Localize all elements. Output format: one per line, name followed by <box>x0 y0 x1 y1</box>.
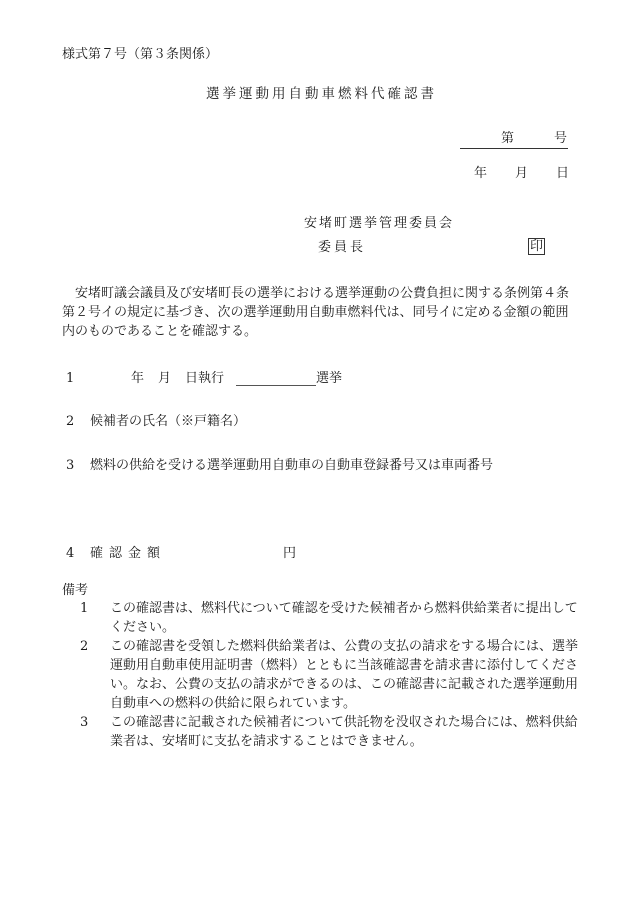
issuer-committee: 安堵町選挙管理委員会 <box>304 216 454 232</box>
document-title: 選挙運動用自動車燃料代確認書 <box>206 86 437 102</box>
number-dai: 第 <box>501 131 514 147</box>
issuer-chair: 委員長 <box>318 240 366 256</box>
note-text: この確認書に記載された候補者について供託物を没収された場合には、燃料供給業者は、… <box>110 713 578 751</box>
note-text: この確認書を受領した燃料供給業者は、公費の支払の請求をする場合には、選挙運動用自… <box>110 637 578 713</box>
item-1-month: 月 <box>158 371 171 387</box>
body-paragraph: 安堵町議会議員及び安堵町長の選挙における選挙運動の公費負担に関する条例第４条第２… <box>62 284 574 341</box>
note-item: 3 この確認書に記載された候補者について供託物を没収された場合には、燃料供給業者… <box>62 713 582 751</box>
note-item: 1 この確認書は、燃料代について確認を受けた候補者から燃料供給業者に提出してくだ… <box>62 599 582 637</box>
item-1: 1 <box>66 371 74 387</box>
item-1-election-blank[interactable] <box>236 371 316 386</box>
item-1-day-exec: 日執行 <box>185 371 224 387</box>
item-4-unit: 円 <box>283 546 296 562</box>
item-1-election-label: 選挙 <box>316 371 342 387</box>
remarks-heading: 備考 <box>62 583 88 599</box>
number-line: 第 号 <box>460 131 568 149</box>
remarks-notes: 1 この確認書は、燃料代について確認を受けた候補者から燃料供給業者に提出してくだ… <box>62 599 582 751</box>
note-num: 2 <box>62 637 110 713</box>
date-day: 日 <box>556 166 569 182</box>
item-1-num: 1 <box>66 371 74 386</box>
form-label: 様式第７号（第３条関係） <box>62 47 218 63</box>
number-go: 号 <box>554 131 567 147</box>
item-2-label: 候補者の氏名（※戸籍名） <box>90 414 246 430</box>
note-item: 2 この確認書を受領した燃料供給業者は、公費の支払の請求をする場合には、選挙運動… <box>62 637 582 713</box>
date-month: 月 <box>515 166 528 182</box>
seal-mark: 印 <box>528 238 545 255</box>
note-text: この確認書は、燃料代について確認を受けた候補者から燃料供給業者に提出してください… <box>110 599 578 637</box>
item-2-num: 2 <box>66 414 74 430</box>
item-3-label: 燃料の供給を受ける選挙運動用自動車の自動車登録番号又は車両番号 <box>90 458 493 474</box>
item-1-year: 年 <box>131 371 144 387</box>
note-num: 3 <box>62 713 110 751</box>
date-year: 年 <box>474 166 487 182</box>
note-num: 1 <box>62 599 110 637</box>
item-4-num: 4 <box>66 546 74 562</box>
item-3-num: 3 <box>66 458 74 474</box>
item-4-label: 確認金額 <box>90 546 166 562</box>
